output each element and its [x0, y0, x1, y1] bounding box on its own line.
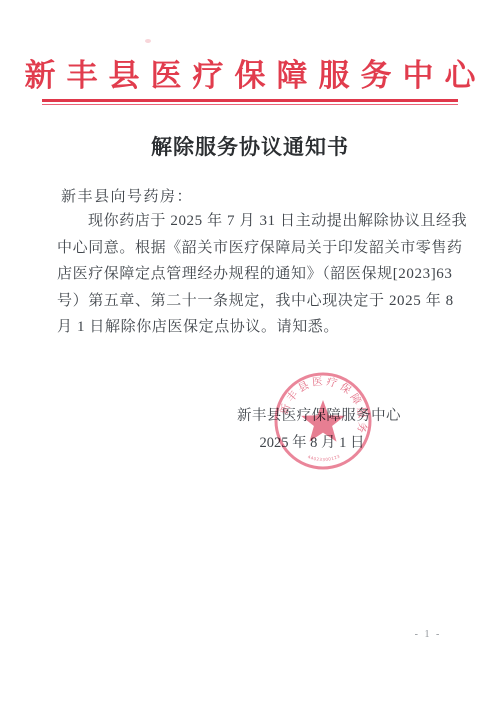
- document-title: 解除服务协议通知书: [0, 131, 500, 161]
- red-separator-rule: [42, 99, 458, 105]
- scanned-document-page: 新丰县医疗保障服务中心 解除服务协议通知书 新丰县向号药房： 现你药店于 202…: [0, 0, 500, 707]
- signature-org-name: 新丰县医疗保障服务中心: [237, 404, 401, 425]
- red-rule-thin-line: [42, 104, 458, 105]
- paragraph-line: 中心同意。根据《韶关市医疗保障局关于印发韶关市零售药: [57, 235, 457, 262]
- seal-ring-text-holder: 新丰县医疗保障服务中心: [268, 366, 369, 437]
- red-rule-thick-line: [42, 99, 458, 102]
- letterhead-org-name: 新丰县医疗保障服务中心: [0, 56, 500, 96]
- paragraph-line: 现你药店于 2025 年 7 月 31 日主动提出解除协议且经我: [57, 208, 457, 235]
- addressee-line: 新丰县向号药房：: [61, 185, 193, 206]
- paragraph-line: 月 1 日解除你店医保定点协议。请知悉。: [57, 314, 457, 341]
- signature-date: 2025 年 8 月 1 日: [237, 431, 387, 452]
- paragraph-line: 店医疗保障定点管理经办规程的通知》（韶医保规[2023]63: [57, 261, 457, 288]
- paragraph-line: 号）第五章、第二十一条规定，我中心现决定于 2025 年 8: [57, 288, 457, 315]
- seal-ring-text: 新丰县医疗保障服务中心: [268, 366, 369, 437]
- scan-artifact-red-speck: [145, 39, 151, 43]
- body-paragraph: 现你药店于 2025 年 7 月 31 日主动提出解除协议且经我 中心同意。根据…: [57, 208, 457, 341]
- page-number: - 1 -: [400, 629, 456, 640]
